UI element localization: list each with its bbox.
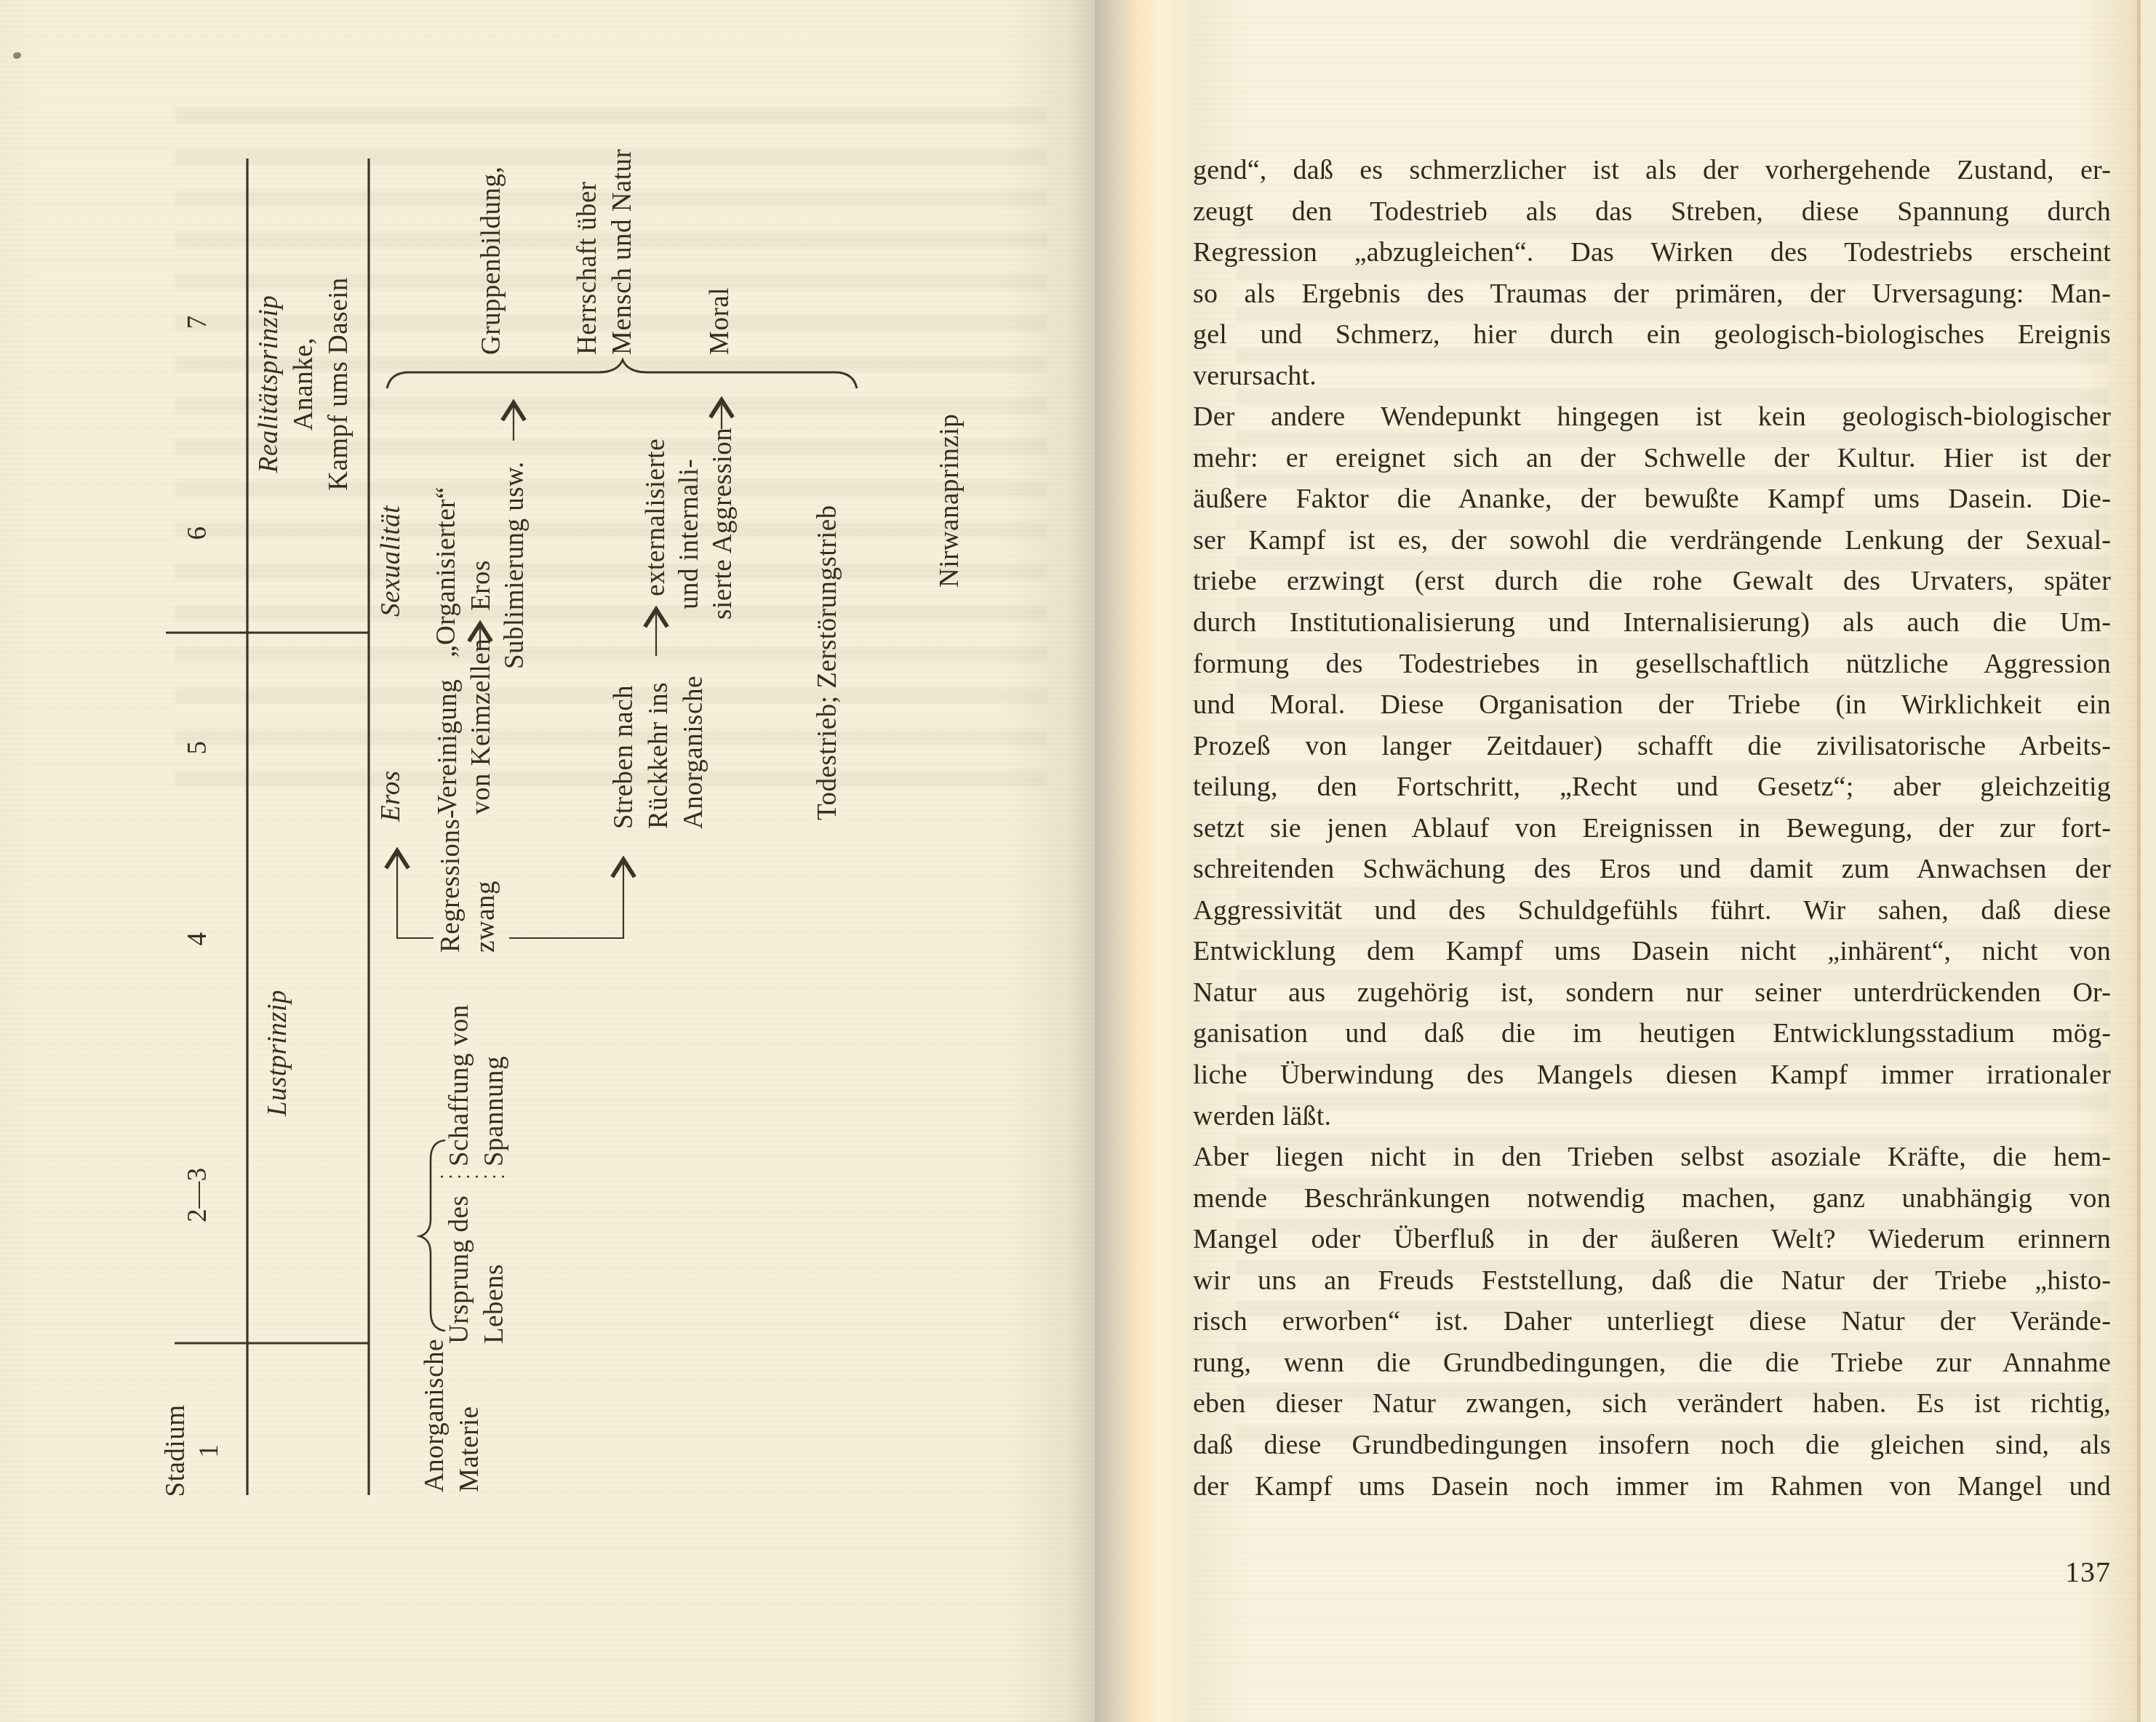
cell-stage1-line1: Anorganische [420,1339,450,1492]
stages-diagram: Stadium12—34567LustprinzipRealitätsprinz… [0,0,1077,1722]
principle-reality: Realitätsprinzip [255,295,284,473]
body-text-line: mende Beschränkungen notwendig machen, g… [1193,1182,2111,1224]
body-text-line: Entwicklung dem Kampf ums Dasein nicht „… [1193,935,2111,977]
cell-stage23-tension-line2: Spannung [480,1056,509,1166]
body-text-line: ser Kampf ist es, der sowohl die verdrän… [1193,524,2111,566]
body-text-line: teilung, den Fortschritt, „Recht und Ges… [1193,771,2111,812]
cell-stage6-line4: Sublimierung usw. [500,461,530,669]
page-number: 137 [1193,1555,2111,1589]
body-text-line: triebe erzwingt (erst durch die rohe Gew… [1193,565,2111,606]
body-text-line: durch Institutionalisierung und Internal… [1193,606,2111,648]
cell-stage23-origin-line1: Ursprung des [445,1196,474,1344]
stage-number-2-3: 2—3 [183,1167,212,1222]
arrow-regression-to-eros [397,852,434,938]
death-row-line2: Rückkehr ins [644,682,674,829]
body-text-line: äußere Faktor die Ananke, der bewußte Ka… [1193,483,2111,524]
body-text-line: schreitenden Schwächung des Eros und dam… [1193,853,2111,894]
death-instinct-line: Todestrieb; Zerstörungstrieb [813,505,842,820]
body-text-line: ganisation und daß die im heutigen Entwi… [1193,1017,2111,1059]
stage-header-label: Stadium [161,1405,191,1497]
stage-number-1: 1 [195,1444,224,1458]
body-text-line: Der andere Wendepunkt hingegen ist kein … [1193,401,2111,442]
cell-stage5-eros: Eros [377,770,406,822]
cell-stage23-origin-line2: Lebens [480,1264,509,1344]
body-text-line: daß diese Grundbedingungen insofern noch… [1193,1429,2111,1470]
page-gutter [1095,0,1189,1722]
principle-lust: Lustprinzip [263,990,292,1116]
principle-ananke: Ananke, [290,337,319,430]
cell-stage7-line2: Herrschaft über [573,181,602,355]
body-text-line: und Moral. Diese Organisation der Triebe… [1193,689,2111,730]
cell-stage6-line2: „Organisierter“ [432,486,461,657]
body-text-line: wir uns an Freuds Feststellung, daß die … [1193,1265,2111,1306]
brace-over-stage23-items [420,1140,445,1331]
cell-stage5-line3: von Keimzellen [467,638,496,814]
stage-number-4: 4 [183,932,212,946]
body-text-line: Aber liegen nicht in den Trieben selbst … [1193,1141,2111,1182]
cell-stage4-line1: Regressions- [436,809,466,953]
stage-number-7: 7 [183,316,212,329]
principle-struggle: Kampf ums Dasein [324,277,354,491]
body-text-block: gend“, daß es schmerzlicher ist als der … [1193,154,2111,1511]
cell-stage23-tension-line1: Schaffung von [445,1004,474,1166]
cell-stage7-line1: Gruppenbildung, [477,167,506,355]
cell-stage6-eros-target: Eros [467,560,496,611]
body-text-line: gend“, daß es schmerzlicher ist als der … [1193,154,2111,196]
body-text-line: formung des Todestriebes in gesellschaft… [1193,648,2111,689]
death-row-aggression-line2: und internali- [675,459,704,609]
cell-stage7-line4: Moral [706,287,735,355]
body-text-line: risch erworben“ ist. Daher unterliegt di… [1193,1305,2111,1347]
body-text-line: Aggressivität und des Schuldgefühls führ… [1193,894,2111,936]
cell-stage6-sexualitaet: Sexualität [377,505,406,617]
stage-number-6: 6 [183,526,212,540]
brace-stage7-outcomes [387,360,857,388]
body-text-line: Mangel oder Überfluß in der äußeren Welt… [1193,1223,2111,1265]
body-text-line: Natur aus zugehörig ist, sondern nur sei… [1193,977,2111,1018]
body-text-line: eben dieser Natur zwangen, sich veränder… [1193,1387,2111,1429]
body-text-line: gel und Schmerz, hier durch ein geologis… [1193,319,2111,360]
body-text-line: der Kampf ums Dasein noch immer im Rahme… [1193,1470,2111,1512]
body-text-line: Regression „abzugleichen“. Das Wirken de… [1193,236,2111,278]
page-edge-outer [2141,0,2156,1722]
body-text-line: zeugt den Todestrieb als das Streben, di… [1193,196,2111,237]
body-text-line: mehr: er ereignet sich an der Schwelle d… [1193,442,2111,484]
body-text-line: rung, wenn die Grundbedingungen, die die… [1193,1347,2111,1388]
death-row-aggression-line3: sierte Aggression [708,428,738,620]
cell-stage5-line2: Vereinigung [434,679,463,814]
book-spread-scan: { "left_page": { "diagram": { "descripti… [0,0,2156,1722]
arrow-regression-to-striving [509,861,623,938]
cell-stage7-line3: Mensch und Natur [608,149,637,355]
cell-stage4-line2: zwang [471,881,500,953]
body-text-line: Prozeß von langer Zeitdauer) schafft die… [1193,730,2111,772]
body-text-line: liche Überwindung des Mangels diesen Kam… [1193,1059,2111,1100]
death-row-aggression-line1: externalisierte [642,438,671,596]
body-text-line: so als Ergebnis des Traumas der primären… [1193,278,2111,319]
cell-stage1-line2: Materie [455,1406,484,1492]
stage-number-5: 5 [183,741,212,755]
death-row-line3: Anorganische [679,676,708,829]
death-row-line1: Streben nach [610,685,639,829]
body-text-line: setzt sie jenen Ablauf von Ereignissen i… [1193,812,2111,854]
nirwana-principle-line: Nirwanaprinzip [935,414,965,588]
